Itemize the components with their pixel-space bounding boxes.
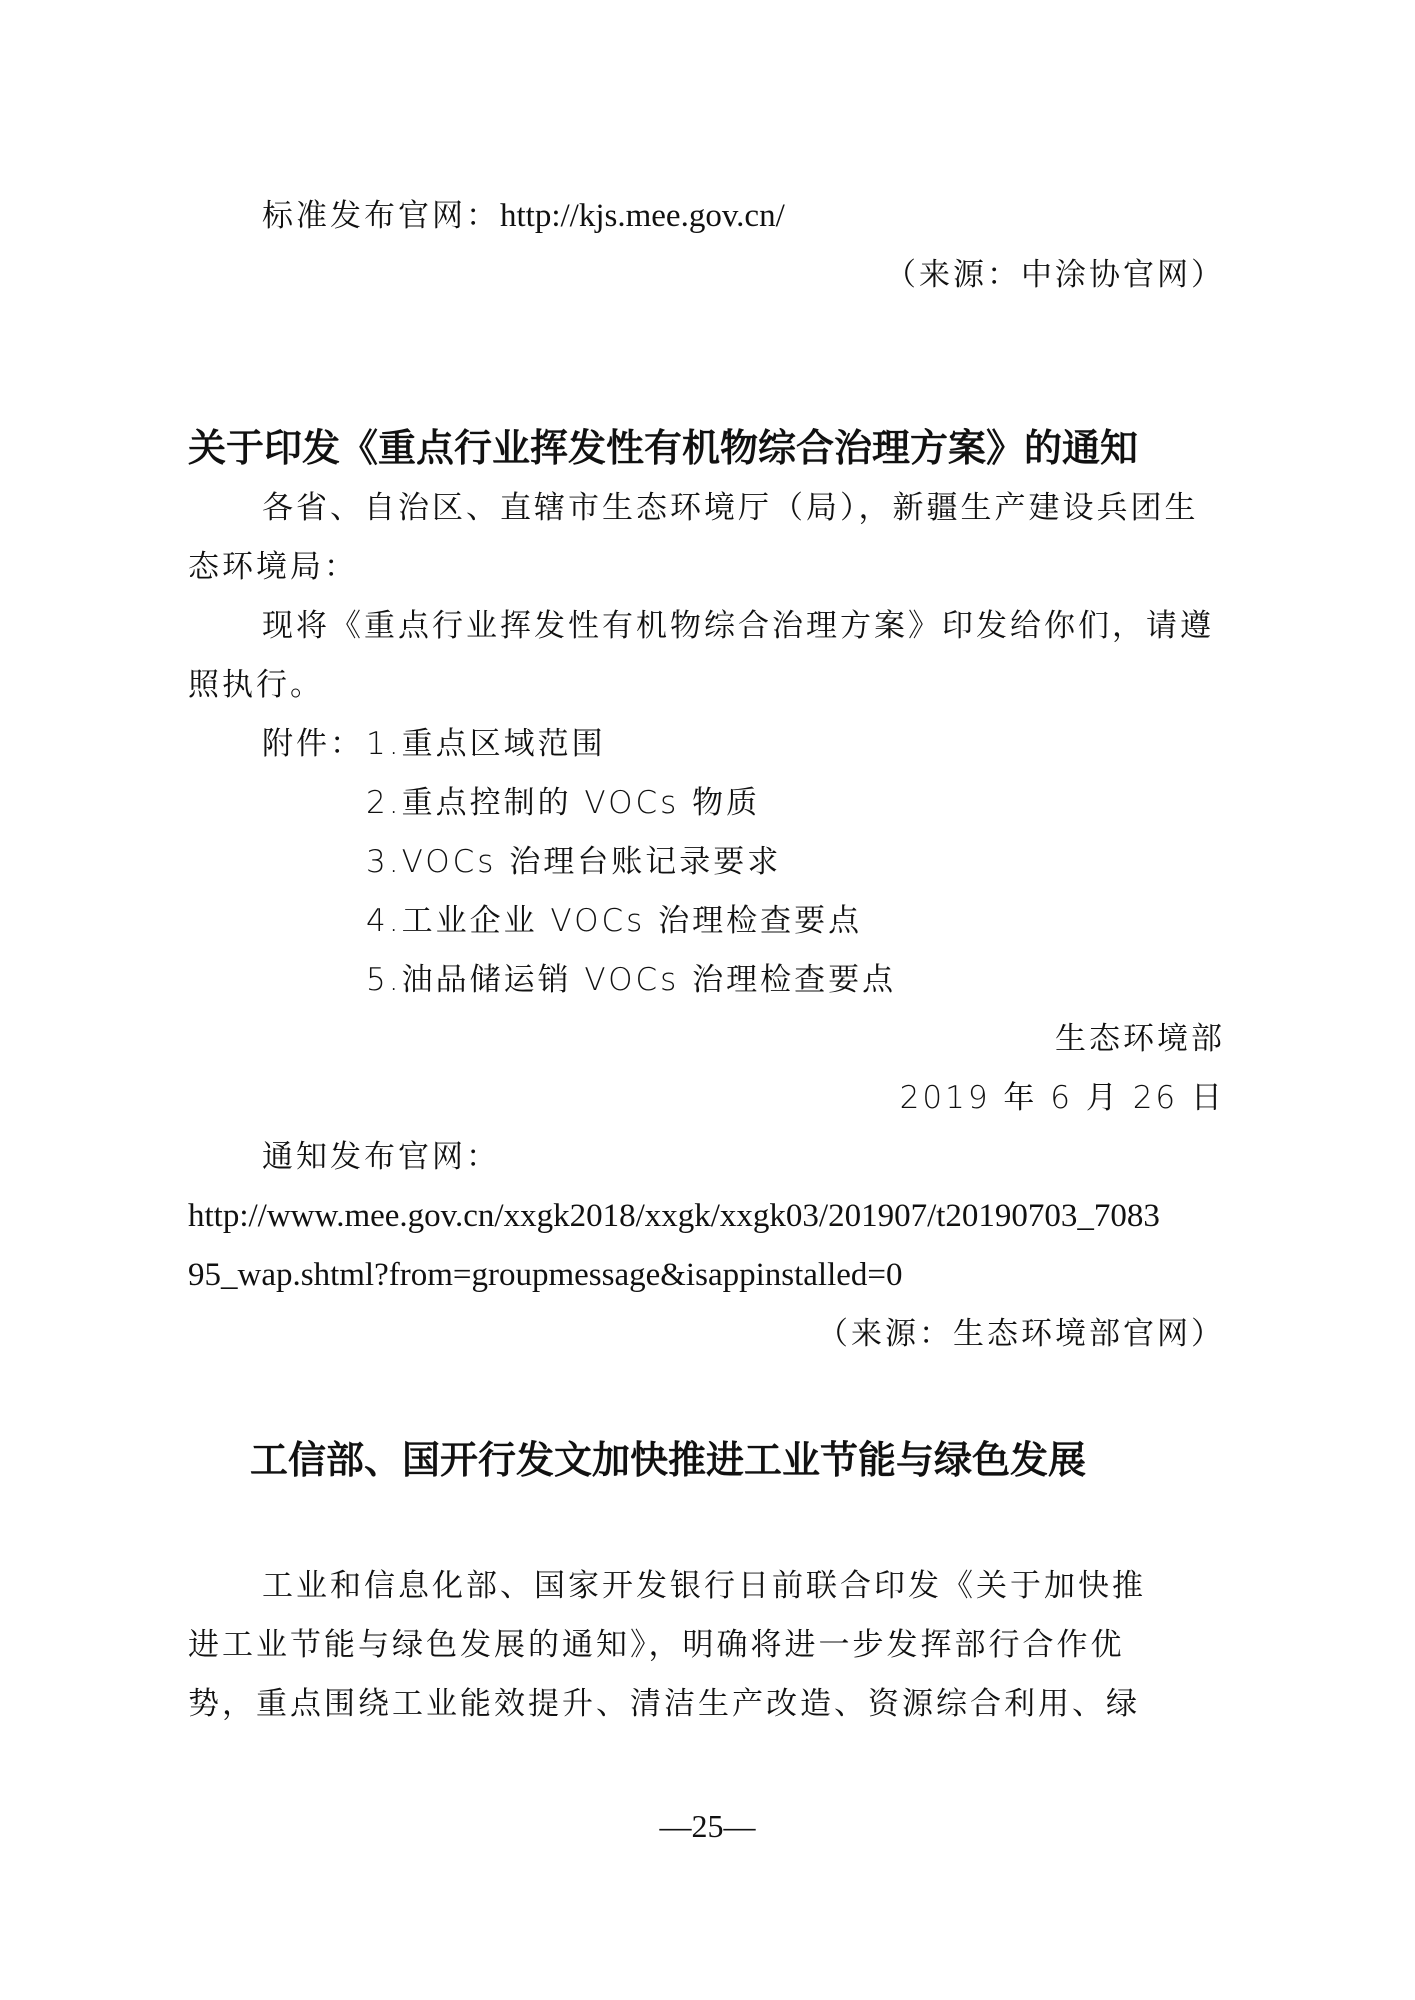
notice-publish-url-line-2[interactable]: 95_wap.shtml?from=groupmessage&isappinst… [188,1255,903,1295]
notice-publish-label: 通知发布官网： [262,1137,500,1177]
standard-publish-line: 标准发布官网：http://kjs.mee.gov.cn/ [262,196,785,236]
attachment-item: 1.重点区域范围 [366,724,606,764]
attachment-item: 5.油品储运销 VOCs 治理检查要点 [366,960,896,1000]
recipients-line-2: 态环境局： [188,547,358,587]
standard-publish-url[interactable]: http://kjs.mee.gov.cn/ [500,198,785,234]
signature-org: 生态环境部 [1055,1019,1225,1059]
document-page: 标准发布官网：http://kjs.mee.gov.cn/ （来源：中涂协官网）… [0,0,1415,2000]
signature-date: 2019 年 6 月 26 日 [900,1078,1225,1118]
attachment-item: 4.工业企业 VOCs 治理检查要点 [366,901,862,941]
section3-body-line: 工业和信息化部、国家开发银行日前联合印发《关于加快推 [262,1566,1146,1606]
body-line-1: 现将《重点行业挥发性有机物综合治理方案》印发给你们，请遵 [262,606,1214,646]
attachments-label: 附件： [262,724,364,764]
source-note-cnca: （来源：中涂协官网） [885,255,1225,295]
section3-body-line: 进工业节能与绿色发展的通知》，明确将进一步发挥部行合作优 [188,1625,1125,1665]
notice-publish-url-line-1[interactable]: http://www.mee.gov.cn/xxgk2018/xxgk/xxgk… [188,1196,1160,1236]
attachment-item: 3.VOCs 治理台账记录要求 [366,842,781,882]
attachment-item: 2.重点控制的 VOCs 物质 [366,783,760,823]
section-title-vocs-notice: 关于印发《重点行业挥发性有机物综合治理方案》的通知 [188,424,1138,472]
page-number: —25— [0,1808,1415,1845]
standard-publish-label: 标准发布官网： [262,198,500,234]
body-line-2: 照执行。 [188,665,324,705]
section3-body-line: 势，重点围绕工业能效提升、清洁生产改造、资源综合利用、绿 [188,1684,1140,1724]
source-note-mee: （来源：生态环境部官网） [817,1314,1225,1354]
recipients-line-1: 各省、自治区、直辖市生态环境厅（局），新疆生产建设兵团生 [262,488,1199,528]
section-title-green-development: 工信部、国开行发文加快推进工业节能与绿色发展 [250,1436,1086,1484]
